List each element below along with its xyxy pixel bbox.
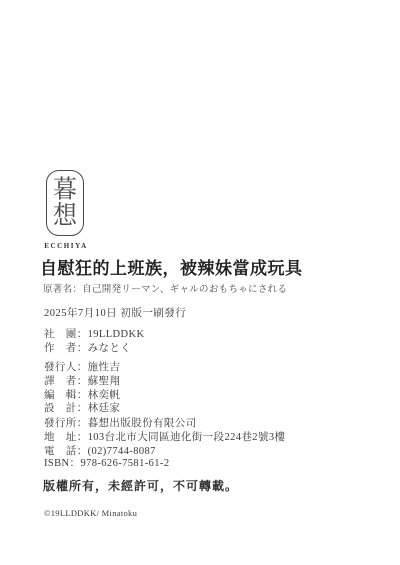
seal-character-top: 暮	[53, 176, 77, 203]
publisher-label: 地 址：	[44, 431, 88, 445]
staff-label: 設 計：	[44, 402, 88, 416]
isbn-label: ISBN：	[44, 457, 80, 471]
publisher-value: 103台北市大同區迪化街一段224巷2號3樓	[88, 431, 286, 445]
staff-row-publisher-person: 發行人： 施性吉	[44, 361, 120, 375]
isbn-value: 978-626-7581-61-2	[80, 457, 169, 471]
seal-character-bottom: 想	[53, 202, 77, 229]
credit-label: 作 者：	[44, 342, 88, 356]
staff-value: 蘇聖翔	[88, 375, 121, 389]
staff-value: 林廷家	[88, 402, 121, 416]
credit-row-author: 作 者： みなとく	[44, 342, 144, 356]
publisher-name-latin: ECCHIYA	[38, 242, 94, 250]
publisher-value: 暮想出版股份有限公司	[88, 417, 197, 431]
publisher-row-company: 發行所： 暮想出版股份有限公司	[44, 417, 285, 431]
staff-row-translator: 譯 者： 蘇聖翔	[44, 375, 120, 389]
publisher-row-address: 地 址： 103台北市大同區迪化街一段224巷2號3樓	[44, 431, 285, 445]
staff-row-designer: 設 計： 林廷家	[44, 402, 120, 416]
original-title: 原著名：自己開発リーマン、ギャルのおもちゃにされる	[43, 281, 287, 295]
credit-label: 社 團：	[44, 328, 88, 342]
staff-value: 林奕帆	[88, 389, 121, 403]
copyright-credit: ©19LLDDKK/ Minatoku	[44, 508, 137, 518]
credit-value: みなとく	[88, 342, 132, 356]
credit-row-circle: 社 團： 19LLDDKK	[44, 328, 144, 342]
rights-notice: 版權所有，未經許可，不可轉載。	[43, 477, 238, 494]
colophon-page: 暮 想 ECCHIYA 自慰狂的上班族，被辣妹當成玩具 原著名：自己開発リーマン…	[0, 0, 400, 565]
credit-value: 19LLDDKK	[88, 328, 145, 342]
staff-label: 編 輯：	[44, 389, 88, 403]
staff-block: 發行人： 施性吉 譯 者： 蘇聖翔 編 輯： 林奕帆 設 計： 林廷家	[44, 361, 120, 416]
publisher-label: 發行所：	[44, 417, 88, 431]
book-title: 自慰狂的上班族，被辣妹當成玩具	[40, 254, 303, 279]
credits-block: 社 團： 19LLDDKK 作 者： みなとく	[44, 328, 144, 356]
publisher-block: 發行所： 暮想出版股份有限公司 地 址： 103台北市大同區迪化街一段224巷2…	[44, 417, 285, 458]
staff-label: 譯 者：	[44, 375, 88, 389]
staff-value: 施性吉	[88, 361, 121, 375]
edition-date-line: 2025年7月10日 初版一刷發行	[44, 305, 186, 320]
staff-row-editor: 編 輯： 林奕帆	[44, 389, 120, 403]
publisher-seal-logo: 暮 想	[46, 170, 84, 236]
isbn-row: ISBN： 978-626-7581-61-2	[44, 457, 169, 471]
isbn-block: ISBN： 978-626-7581-61-2	[44, 457, 169, 471]
staff-label: 發行人：	[44, 361, 88, 375]
